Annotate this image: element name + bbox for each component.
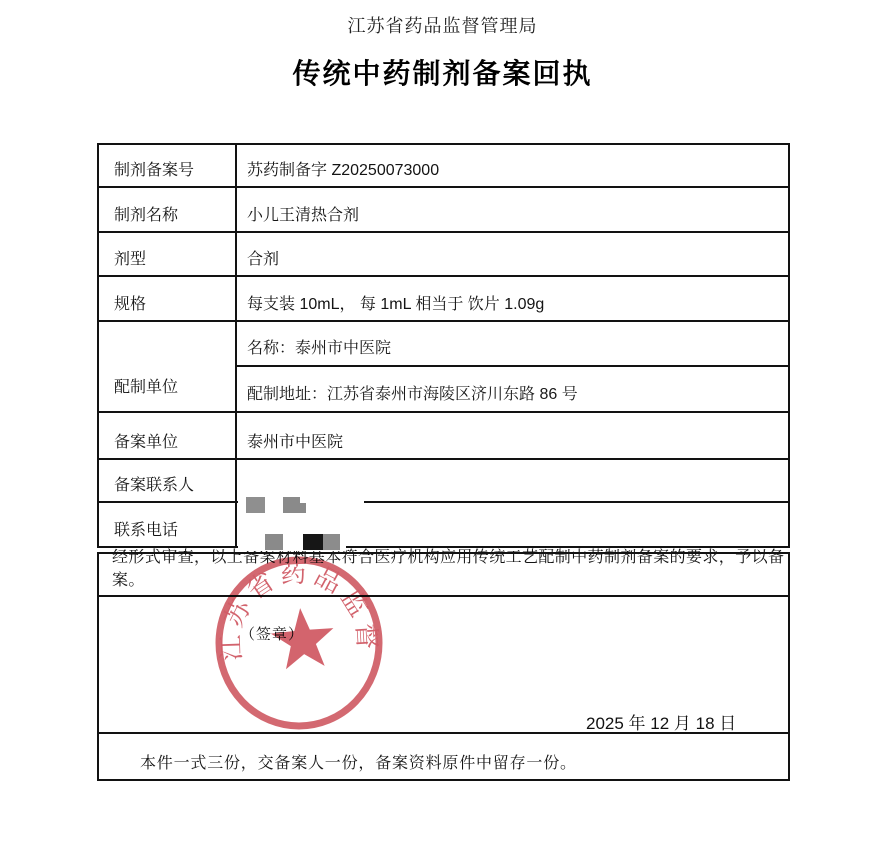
- field-label-specification: 规格: [99, 277, 237, 320]
- seal-star: [269, 605, 337, 670]
- preparing-unit-address: 配制地址：江苏省泰州市海陵区济川东路 86 号: [237, 367, 788, 411]
- redaction-block: [246, 497, 265, 513]
- preparing-unit-name: 名称：泰州市中医院: [237, 322, 788, 367]
- field-label-preparation-name: 制剂名称: [99, 188, 237, 231]
- table-row: 备案联系人: [99, 460, 788, 503]
- document-title: 传统中药制剂备案回执: [0, 52, 885, 92]
- review-statement: 经形式审查，以上备案材料基本符合医疗机构应用传统工艺配制中药制剂备案的要求，予以…: [97, 552, 790, 597]
- field-value-dosage-form: 合剂: [237, 233, 788, 275]
- table-row: 规格 每支装 10mL， 每 1mL 相当于 饮片 1.09g: [99, 277, 788, 322]
- redaction-block: [265, 534, 283, 550]
- field-label-filing-number: 制剂备案号: [99, 145, 237, 186]
- official-seal: 江苏省药品监督管理局: [205, 549, 395, 735]
- filing-form-table: 制剂备案号 苏药制备字 Z20250073000 制剂名称 小儿王清热合剂 剂型…: [97, 143, 790, 548]
- copies-note: 本件一式三份，交备案人一份，备案资料原件中留存一份。: [97, 732, 790, 781]
- field-value-preparation-name: 小儿王清热合剂: [237, 188, 788, 231]
- table-row: 联系电话: [99, 503, 788, 546]
- field-label-contact-phone: 联系电话: [99, 503, 237, 546]
- table-row: 制剂名称 小儿王清热合剂: [99, 188, 788, 233]
- field-value-filing-unit: 泰州市中医院: [237, 413, 788, 458]
- redaction-block: [303, 534, 323, 550]
- table-row: 制剂备案号 苏药制备字 Z20250073000: [99, 145, 788, 188]
- document-page: 江苏省药品监督管理局 传统中药制剂备案回执 制剂备案号 苏药制备字 Z20250…: [0, 0, 885, 860]
- field-label-filing-unit: 备案单位: [99, 413, 237, 458]
- table-row: 备案单位 泰州市中医院: [99, 413, 788, 460]
- field-value-filing-number: 苏药制备字 Z20250073000: [237, 145, 788, 186]
- issuing-authority: 江苏省药品监督管理局: [0, 12, 885, 38]
- filing-date: 2025 年 12 月 18 日: [586, 709, 736, 734]
- preparing-unit-subrows: 名称：泰州市中医院 配制地址：江苏省泰州市海陵区济川东路 86 号: [237, 322, 788, 411]
- field-label-preparing-unit: 配制单位: [99, 322, 237, 411]
- redaction-block: [323, 534, 340, 550]
- field-label-contact-person: 备案联系人: [99, 460, 237, 501]
- field-label-dosage-form: 剂型: [99, 233, 237, 275]
- table-row: 配制单位 名称：泰州市中医院 配制地址：江苏省泰州市海陵区济川东路 86 号: [99, 322, 788, 413]
- table-row: 剂型 合剂: [99, 233, 788, 277]
- redaction-block-notch: [300, 497, 306, 503]
- signature-block: （签章） 2025 年 12 月 18 日: [97, 595, 790, 734]
- field-value-specification: 每支装 10mL， 每 1mL 相当于 饮片 1.09g: [237, 277, 788, 320]
